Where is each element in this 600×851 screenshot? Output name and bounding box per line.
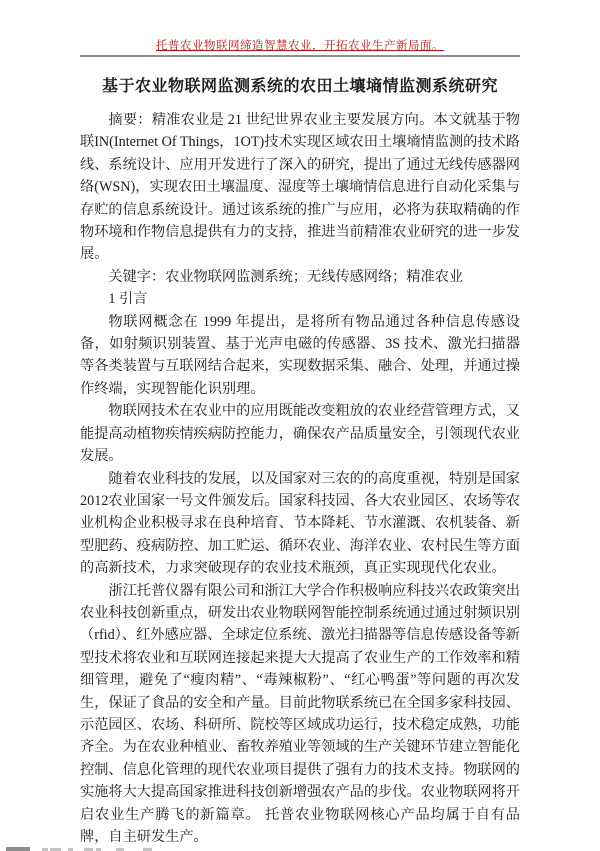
header-slogan: 托普农业物联网缔造智慧农业，开拓农业生产新局面。: [156, 39, 444, 53]
header-rule: [80, 55, 520, 57]
document-page: 托普农业物联网缔造智慧农业，开拓农业生产新局面。 基于农业物联网监测系统的农田土…: [0, 0, 600, 851]
footer-cutoff-marks: [0, 843, 600, 851]
document-title: 基于农业物联网监测系统的农田土壤墒情监测系统研究: [80, 76, 520, 98]
paragraph-policy-background: 随着农业科技的发展，以及国家对三农的的高度重视，特别是国家 2012农业国家一号…: [80, 468, 520, 580]
paragraph-iot-concept: 物联网概念在 1999 年提出，是将所有物品通过各种信息传感设备，如射频识别装置…: [80, 311, 520, 401]
section-heading-introduction: 1 引言: [80, 288, 520, 310]
abstract-paragraph: 摘要：精准农业是 21 世纪世界农业主要发展方向。本文就基于物联IN(Inter…: [80, 109, 520, 266]
document-body: 摘要：精准农业是 21 世纪世界农业主要发展方向。本文就基于物联IN(Inter…: [80, 109, 520, 848]
paragraph-iot-agriculture: 物联网技术在农业中的应用既能改变粗放的农业经营管理方式，又能提高动植物疾情疾病防…: [80, 400, 520, 467]
keywords-line: 关键字：农业物联网监测系统；无线传感网络；精准农业: [80, 266, 520, 288]
page-header: 托普农业物联网缔造智慧农业，开拓农业生产新局面。: [80, 36, 520, 60]
cutoff-mark: [6, 847, 30, 851]
paragraph-company-system: 浙江托普仪器有限公司和浙江大学合作积极响应科技兴农政策突出农业科技创新重点，研发…: [80, 580, 520, 849]
